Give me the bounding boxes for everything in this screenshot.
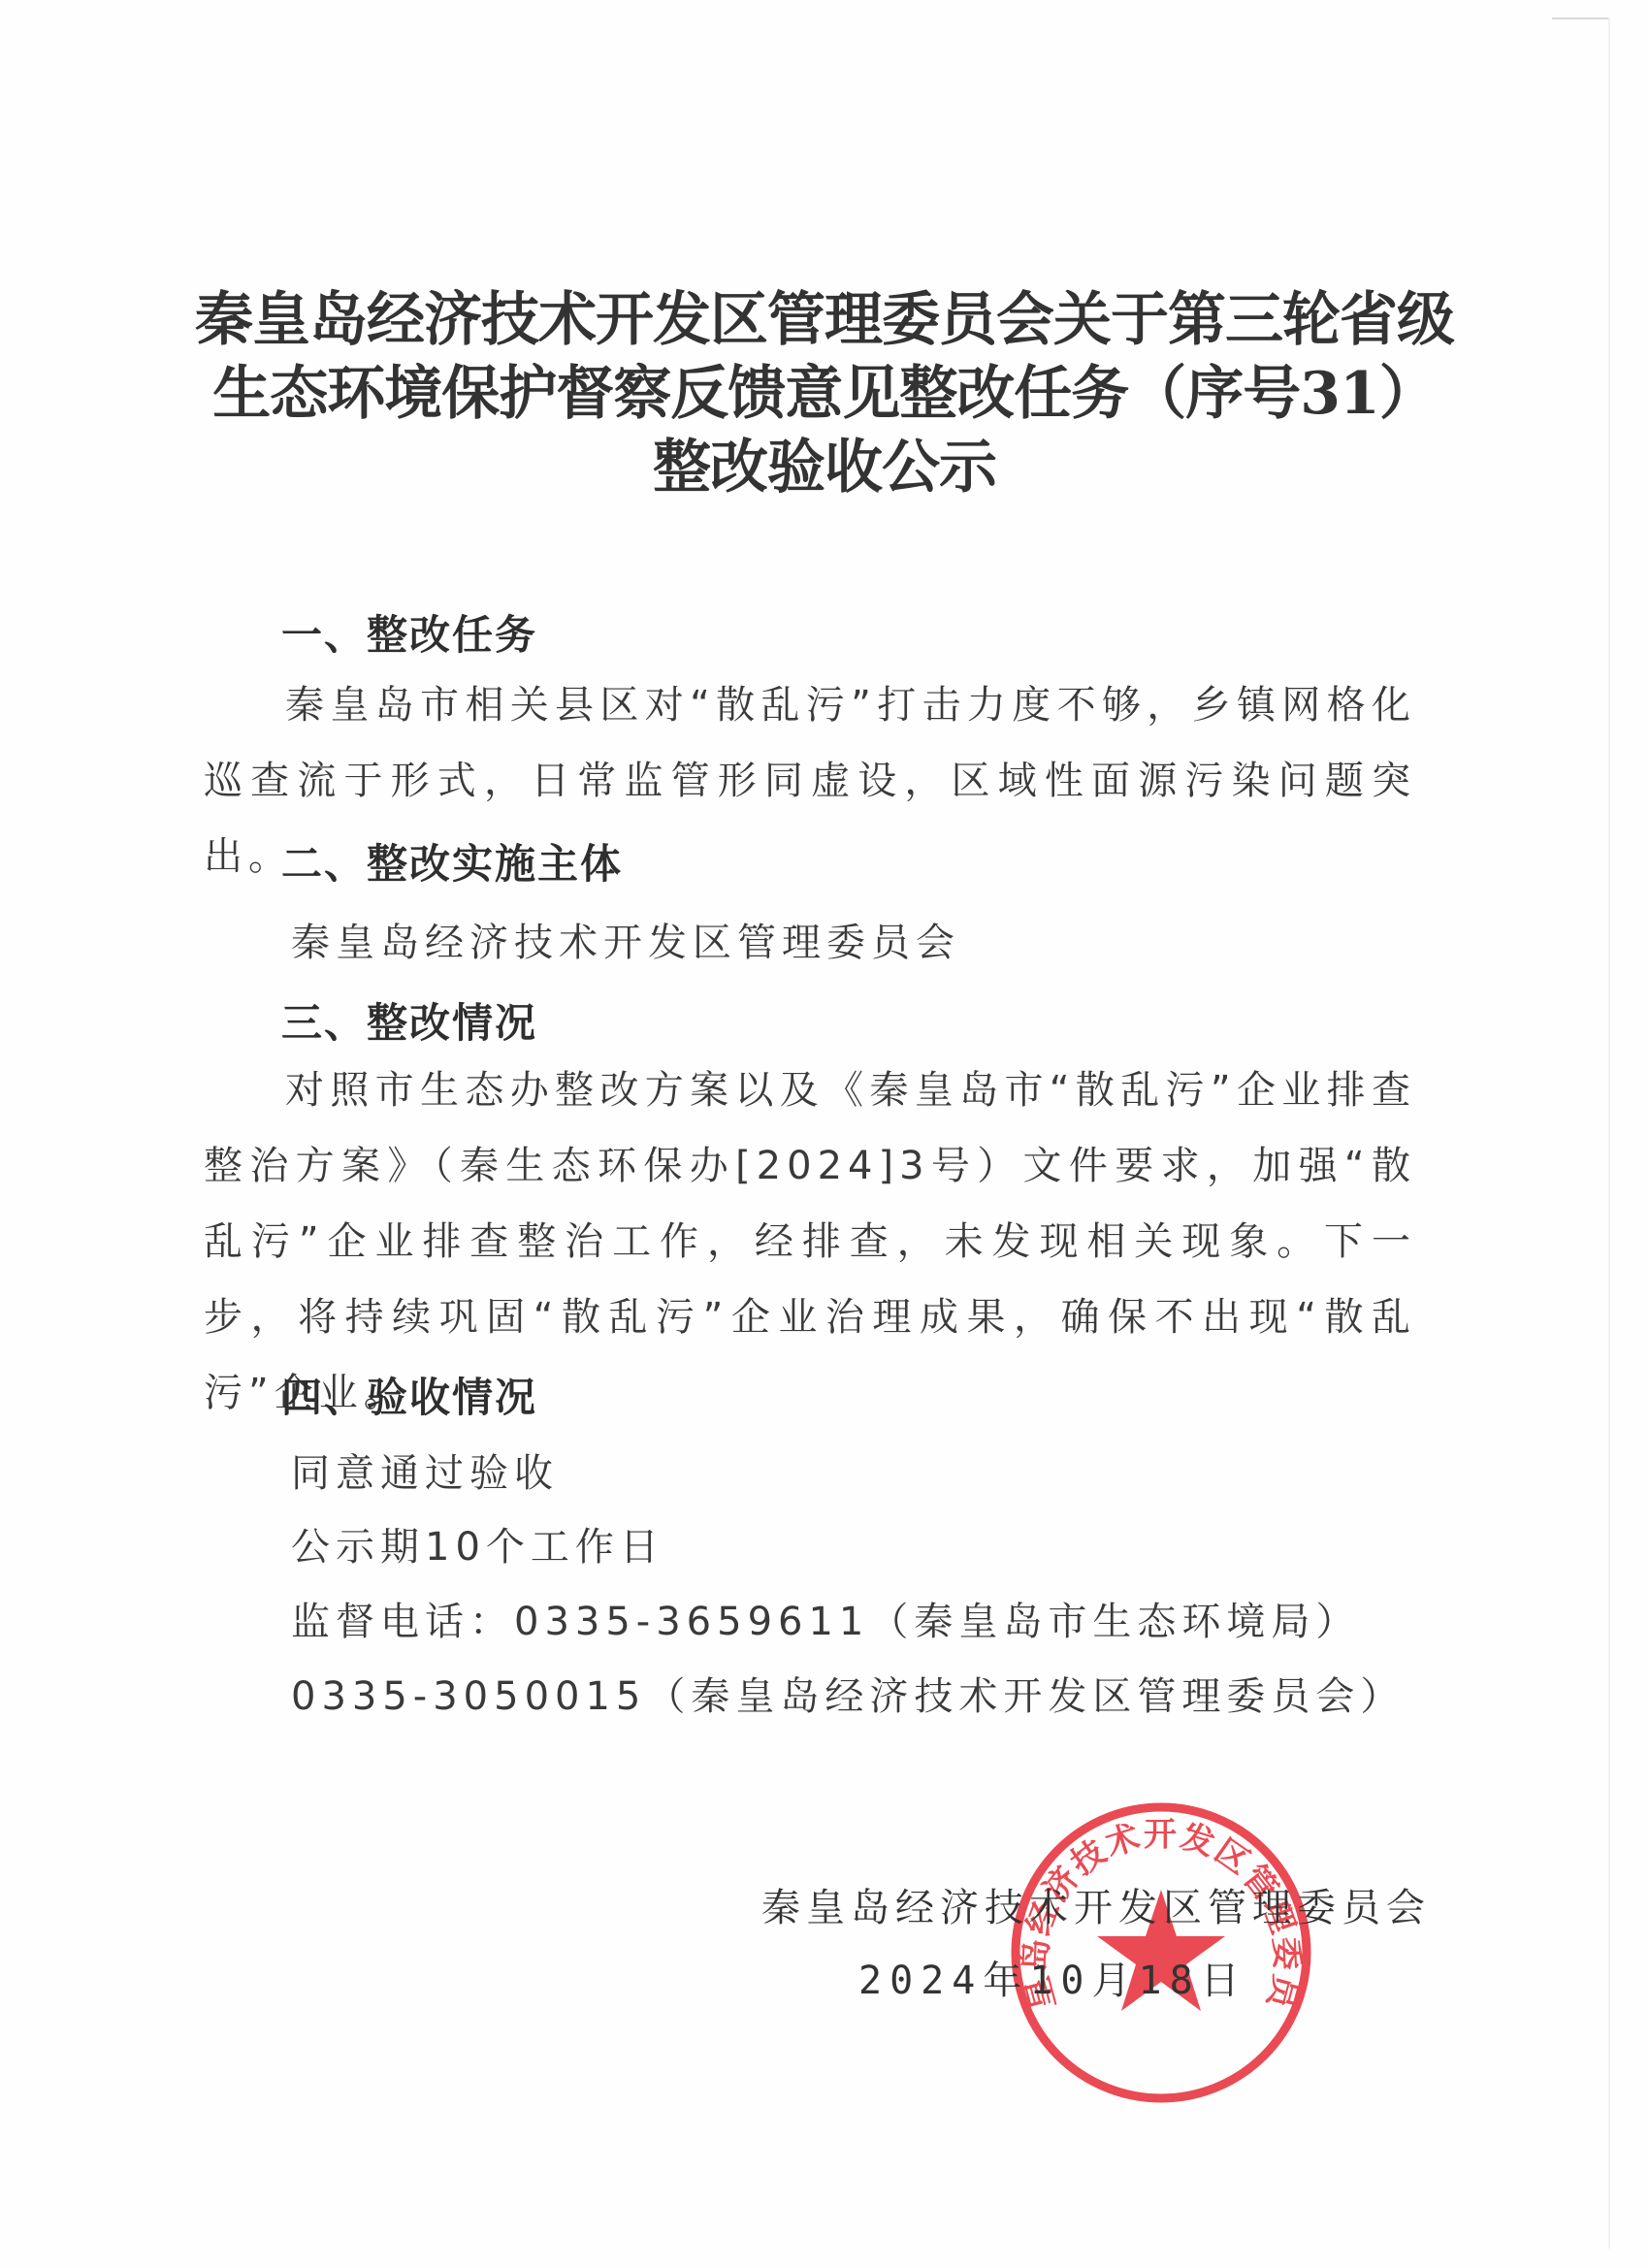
publicity-period: 公示期10个工作日 — [291, 1516, 664, 1571]
document-title: 秦皇岛经济技术开发区管理委员会关于第三轮省级 生态环境保护督察反馈意见整改任务（… — [0, 283, 1649, 504]
section-heading-acceptance: 四、验收情况 — [281, 1366, 537, 1424]
title-line-3: 整改验收公示 — [0, 431, 1649, 504]
responsible-entity-name: 秦皇岛经济技术开发区管理委员会 — [291, 912, 960, 967]
scanned-document-page: 秦皇岛经济技术开发区管理委员会关于第三轮省级 生态环境保护督察反馈意见整改任务（… — [0, 0, 1649, 2268]
section-heading-task: 一、整改任务 — [281, 603, 537, 662]
supervision-phone-1: 监督电话：0335-3659611（秦皇岛市生态环境局） — [291, 1591, 1360, 1646]
section-heading-rectification-status: 三、整改情况 — [281, 991, 537, 1050]
signature-date: 2024年10月18日 — [858, 1950, 1247, 2005]
signature-organization: 秦皇岛经济技术开发区管理委员会 — [761, 1877, 1431, 1932]
acceptance-result: 同意通过验收 — [291, 1442, 559, 1498]
scan-edge-top — [1552, 17, 1610, 19]
supervision-phone-2: 0335-3050015（秦皇岛经济技术开发区管理委员会） — [291, 1666, 1405, 1721]
title-line-2: 生态环境保护督察反馈意见整改任务（序号31） — [0, 357, 1649, 431]
title-line-1: 秦皇岛经济技术开发区管理委员会关于第三轮省级 — [0, 283, 1649, 357]
section-heading-responsible-entity: 二、整改实施主体 — [281, 832, 623, 891]
